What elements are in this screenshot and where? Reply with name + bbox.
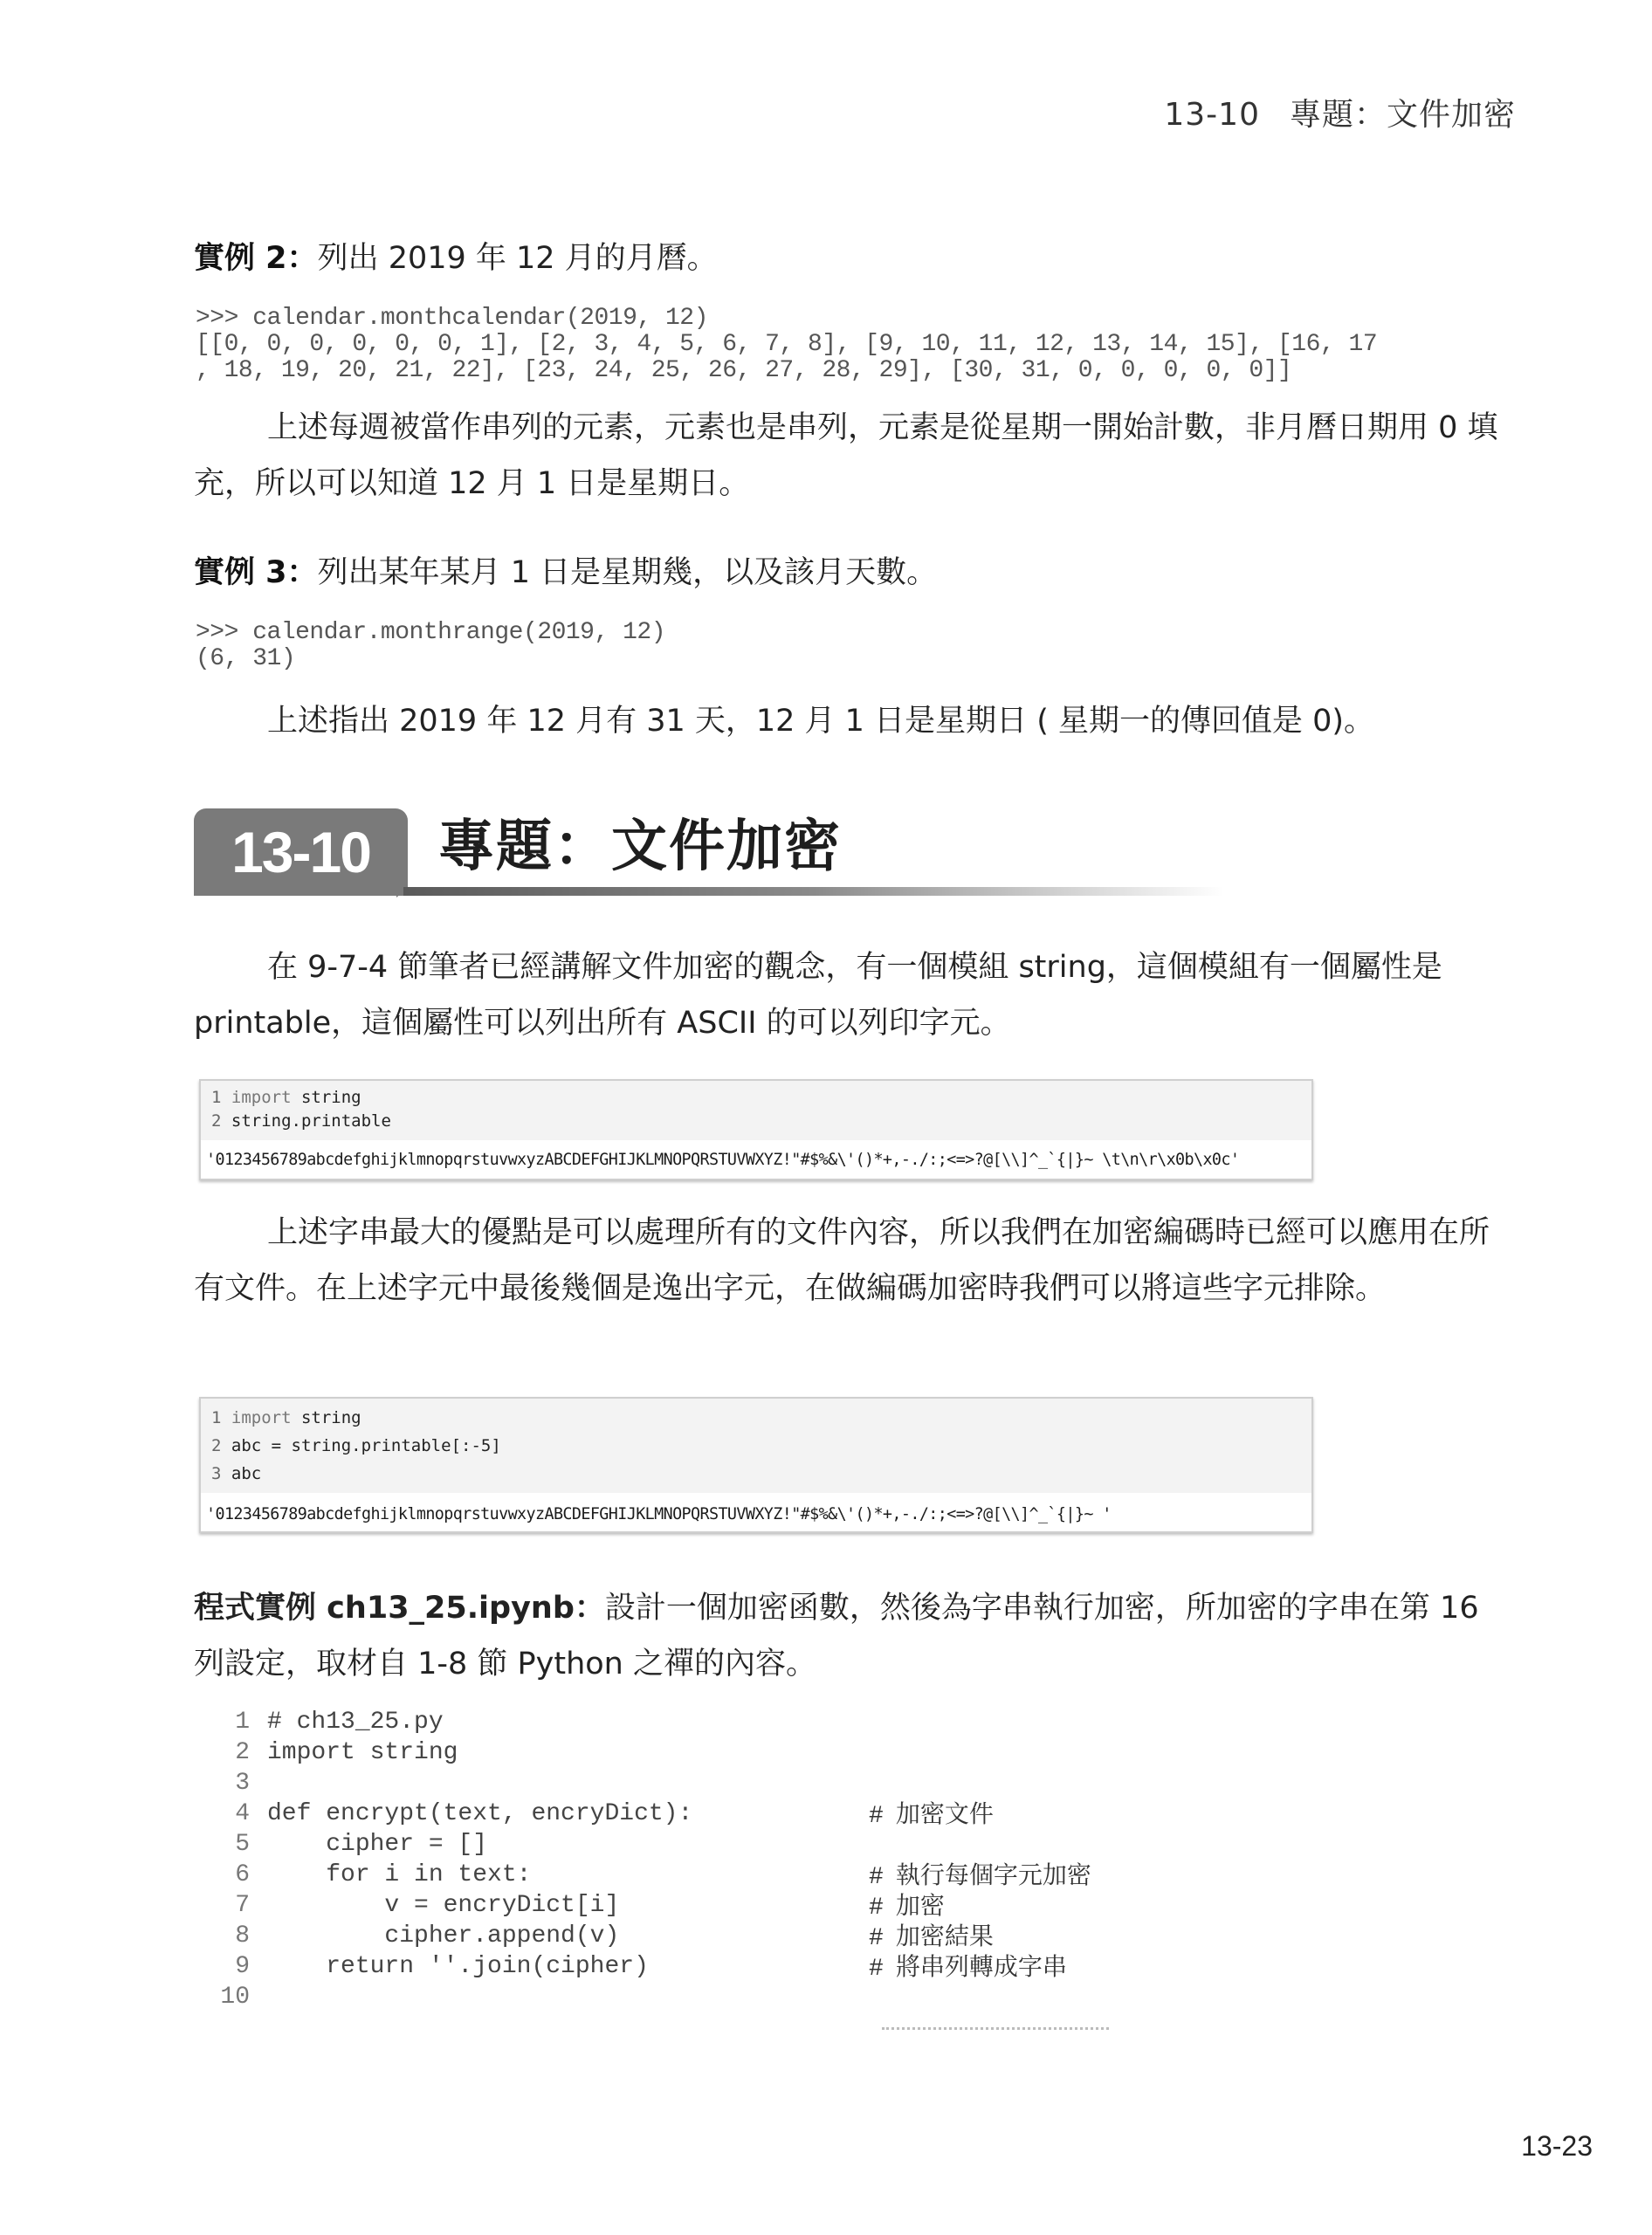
- code-line: 3 abc: [211, 1460, 1303, 1488]
- example-3-console: >>> calendar.monthrange(2019, 12)(6, 31): [196, 620, 665, 672]
- code-line: 1 import string: [211, 1404, 1303, 1432]
- section-heading: 13-10 專題：文件加密: [194, 803, 1242, 901]
- running-header: 13-10專題：文件加密: [1164, 90, 1516, 134]
- listing-line: 6 for i in text:#執行每個字元加密: [210, 1860, 1432, 1890]
- section-underline: [403, 887, 1224, 896]
- listing-line: 4def encrypt(text, encryDict):#加密文件: [210, 1798, 1432, 1829]
- listing-line: 7 v = encryDict[i]#加密: [210, 1890, 1432, 1921]
- code-line: 2 abc = string.printable[:-5]: [211, 1432, 1303, 1460]
- intro-paragraph: 在 9-7-4 節筆者已經講解文件加密的觀念，有一個模組 string，這個模組…: [194, 939, 1504, 1051]
- example-2-console: >>> calendar.monthcalendar(2019, 12)[[0,…: [196, 306, 1377, 384]
- cell-1-input: 1 import string 2 string.printable: [201, 1081, 1311, 1140]
- listing-comment: #加密結果: [869, 1921, 994, 1954]
- program-example-intro: 程式實例 ch13_25.ipynb：設計一個加密函數，然後為字串執行加密，所加…: [194, 1580, 1504, 1692]
- example-3-title: 實例 3：列出某年某月 1 日是星期幾，以及該月天數。: [194, 548, 937, 592]
- listing-line: 5 cipher = []: [210, 1829, 1432, 1860]
- section-title: 專題：文件加密: [438, 803, 842, 891]
- code-line: 1 import string: [211, 1086, 1303, 1110]
- cell-2-output: '0123456789abcdefghijklmnopqrstuvwxyzABC…: [201, 1493, 1311, 1531]
- cell-1-output: '0123456789abcdefghijklmnopqrstuvwxyzABC…: [201, 1140, 1311, 1177]
- section-number-badge: 13-10: [194, 808, 408, 896]
- listing-line: 2import string: [210, 1737, 1432, 1768]
- listing-line: 1# ch13_25.py: [210, 1707, 1432, 1737]
- listing-line: 3: [210, 1768, 1432, 1798]
- cell-2-input: 1 import string 2 abc = string.printable…: [201, 1399, 1311, 1493]
- example-2-label: 實例 2: [194, 241, 287, 276]
- example-2-title: 實例 2：列出 2019 年 12 月的月曆。: [194, 234, 718, 278]
- page-number: 13-23: [1521, 2130, 1593, 2163]
- notebook-cell-2: 1 import string 2 abc = string.printable…: [199, 1397, 1313, 1533]
- running-header-section-number: 13-10: [1164, 97, 1260, 133]
- example-3-label: 實例 3: [194, 555, 287, 590]
- listing-line: 10: [210, 1982, 1432, 2012]
- code-line: 2 string.printable: [211, 1110, 1303, 1133]
- listing-comment: #執行每個字元加密: [869, 1860, 1091, 1893]
- truncated-text-fragment: [882, 2027, 1109, 2033]
- example-2-explanation: 上述每週被當作串列的元素，元素也是串列，元素是從星期一開始計數，非月曆日期用 0…: [194, 400, 1504, 512]
- listing-comment: #將串列轉成字串: [869, 1951, 1067, 1984]
- example-3-explanation: 上述指出 2019 年 12 月有 31 天，12 月 1 日是星期日 ( 星期…: [194, 693, 1504, 749]
- listing-comment: #加密文件: [869, 1798, 994, 1832]
- running-header-title: 專題：文件加密: [1290, 97, 1516, 133]
- listing-line: 9 return ''.join(cipher)#將串列轉成字串: [210, 1951, 1432, 1982]
- example-2-desc: 列出 2019 年 12 月的月曆。: [318, 241, 718, 276]
- example-3-desc: 列出某年某月 1 日是星期幾，以及該月天數。: [318, 555, 938, 590]
- program-example-label: 程式實例 ch13_25.ipynb: [194, 1591, 575, 1626]
- program-listing: 1# ch13_25.py 2import string 3 4def encr…: [210, 1707, 1432, 2012]
- listing-comment: #加密: [869, 1890, 945, 1923]
- paragraph-escape-chars: 上述字串最大的優點是可以處理所有的文件內容，所以我們在加密編碼時已經可以應用在所…: [194, 1205, 1504, 1317]
- listing-line: 8 cipher.append(v)#加密結果: [210, 1921, 1432, 1951]
- notebook-cell-1: 1 import string 2 string.printable '0123…: [199, 1079, 1313, 1180]
